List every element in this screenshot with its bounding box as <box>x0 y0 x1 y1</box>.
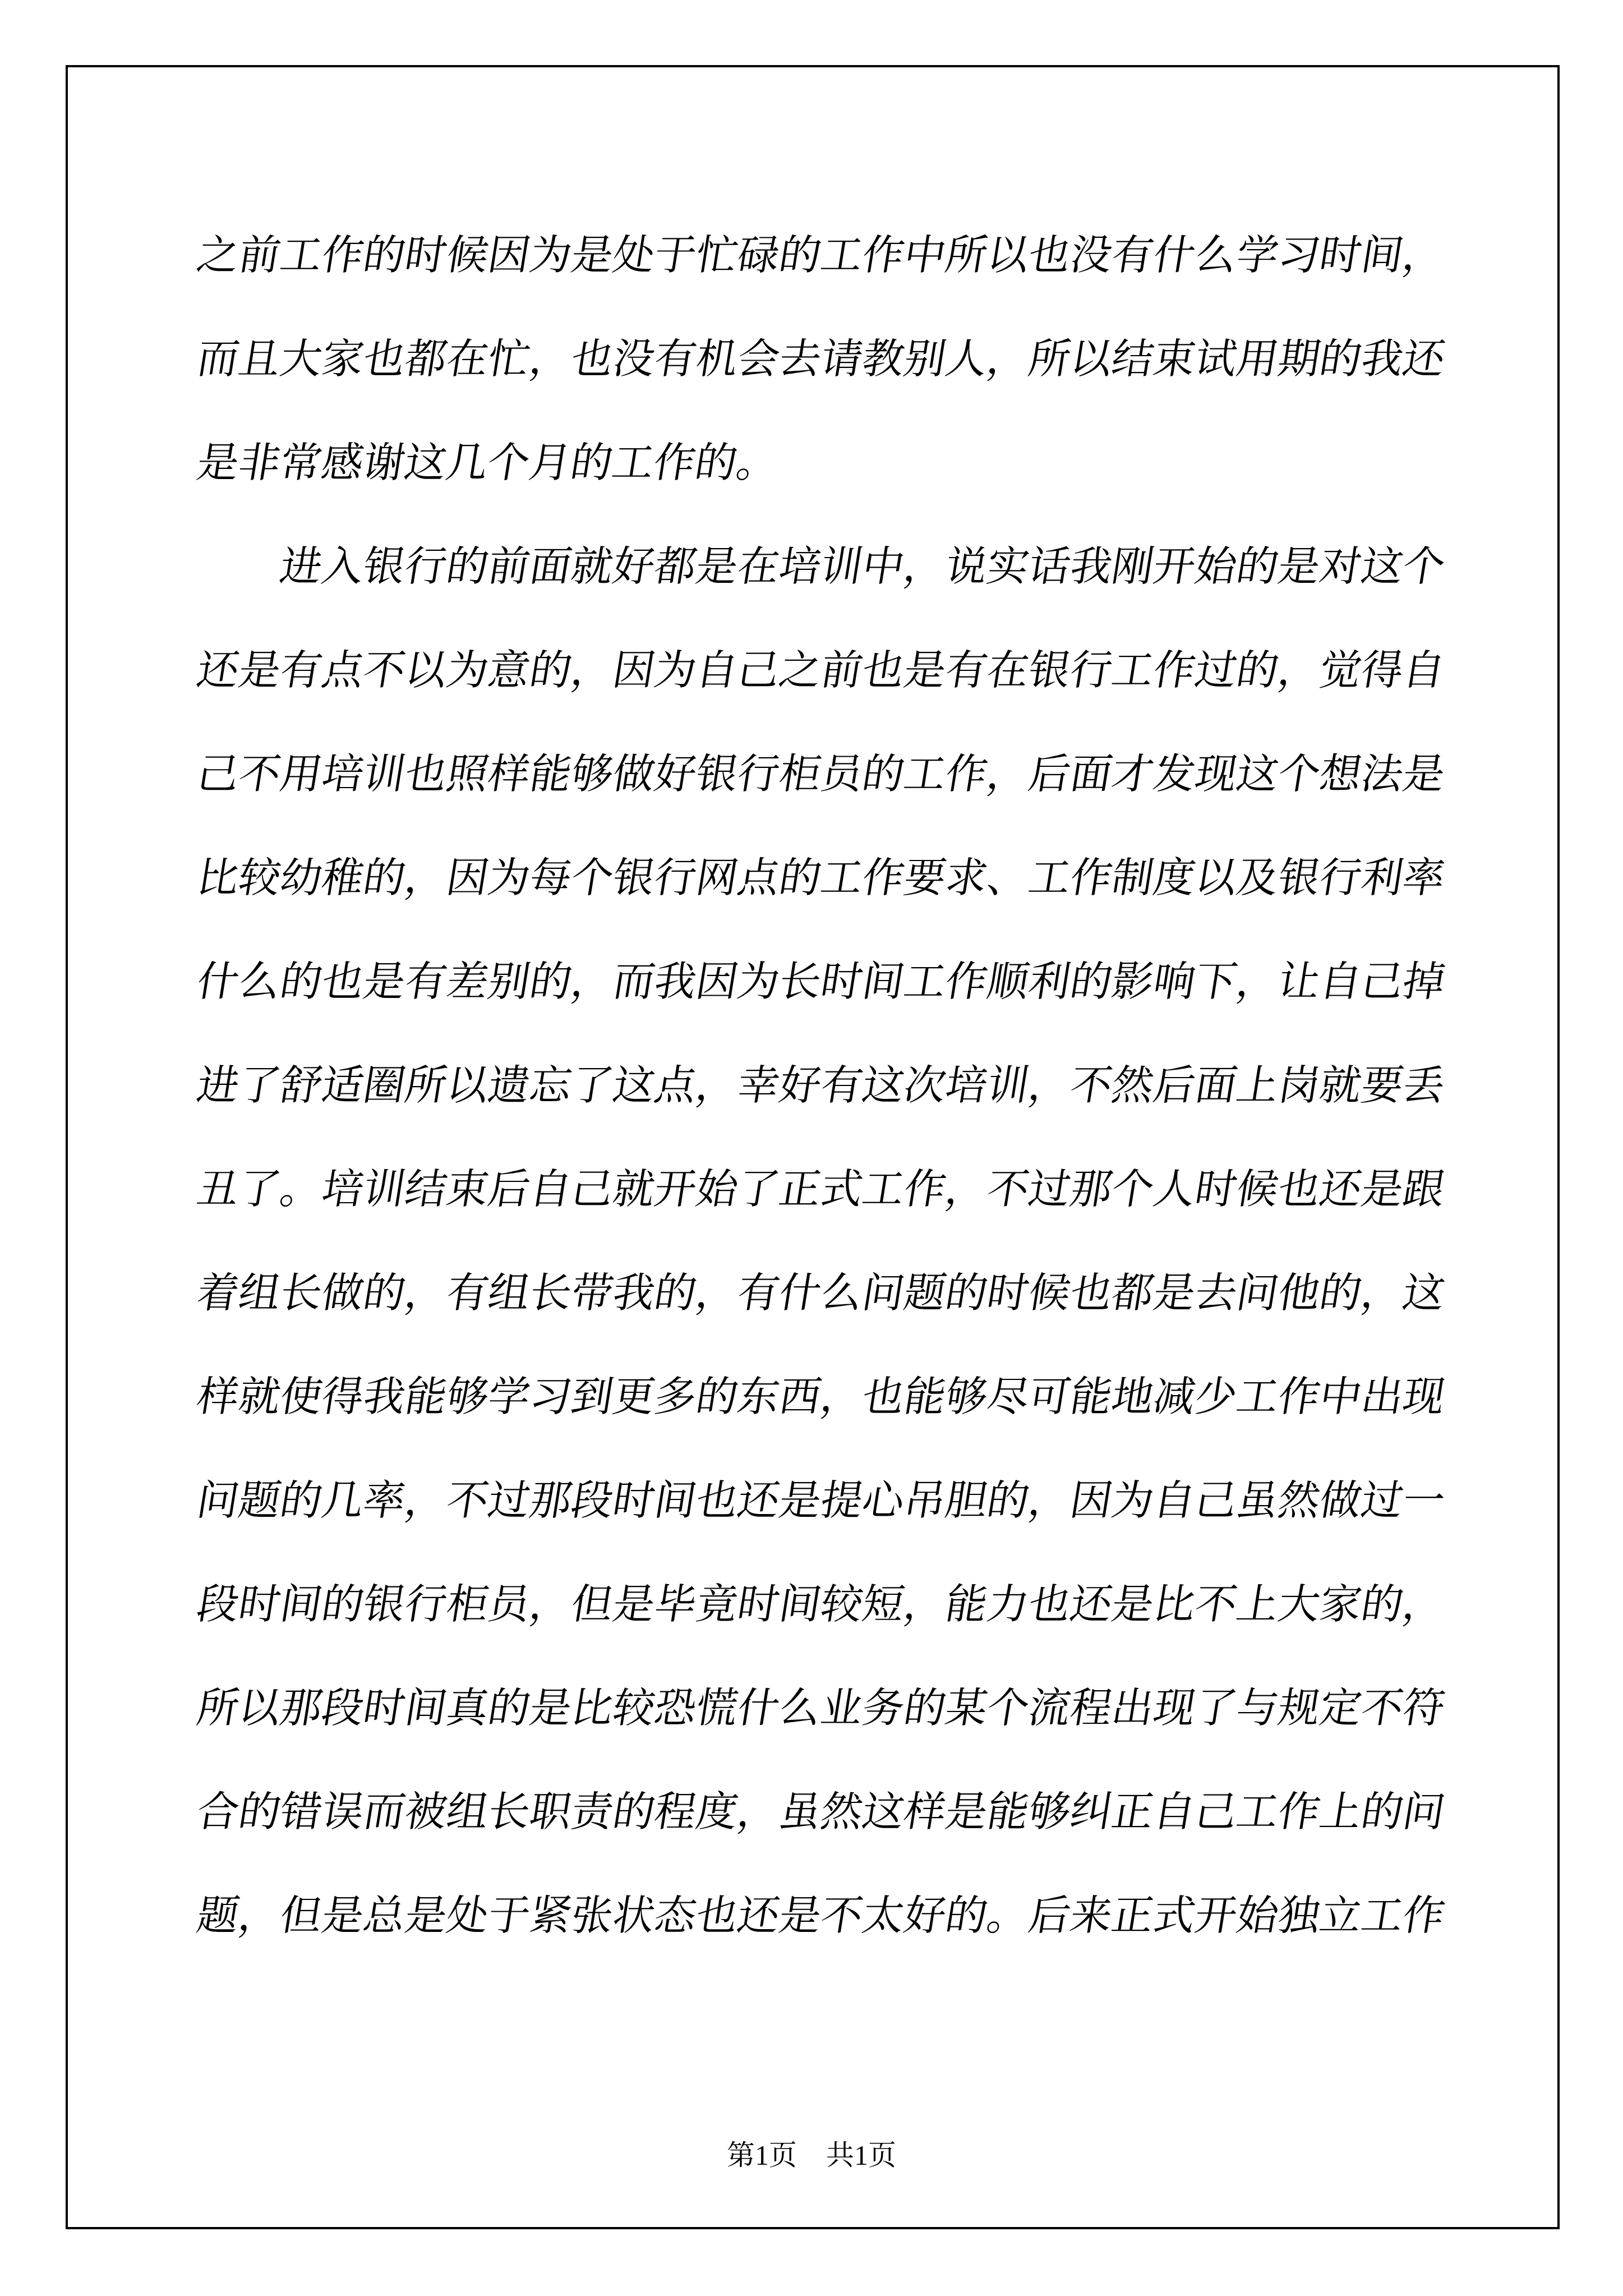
text-line: 着组长做的，有组长带我的，有什么问题的时候也都是去问他的，这 <box>189 1242 1453 1346</box>
text-line: 合的错误而被组长职责的程度，虽然这样是能够纠正自己工作上的问 <box>189 1761 1453 1865</box>
text-line: 进了舒适圈所以遗忘了这点，幸好有这次培训，不然后面上岗就要丢 <box>189 1034 1453 1138</box>
text-line: 之前工作的时候因为是处于忙碌的工作中所以也没有什么学习时间， <box>189 204 1453 308</box>
text-line: 问题的几率，不过那段时间也还是提心吊胆的，因为自己虽然做过一 <box>189 1450 1453 1553</box>
text-line: 段时间的银行柜员，但是毕竟时间较短，能力也还是比不上大家的， <box>189 1553 1453 1657</box>
text-line: 是非常感谢这几个月的工作的。 <box>189 412 1453 516</box>
text-line: 而且大家也都在忙，也没有机会去请教别人，所以结束试用期的我还 <box>189 308 1453 412</box>
text-line: 所以那段时间真的是比较恐慌什么业务的某个流程出现了与规定不符 <box>189 1657 1453 1761</box>
text-line: 题，但是总是处于紧张状态也还是不太好的。后来正式开始独立工作 <box>189 1865 1453 1968</box>
total-pages: 共1页 <box>826 2139 896 2171</box>
body-text: 之前工作的时候因为是处于忙碌的工作中所以也没有什么学习时间，而且大家也都在忙，也… <box>192 204 1440 1968</box>
text-line: 丑了。培训结束后自己就开始了正式工作，不过那个人时候也还是跟 <box>189 1138 1453 1242</box>
text-line: 还是有点不以为意的，因为自己之前也是有在银行工作过的，觉得自 <box>189 619 1453 723</box>
text-line: 什么的也是有差别的，而我因为长时间工作顺利的影响下，让自己掉 <box>189 931 1453 1034</box>
document-page: { "colors": { "background": "#ffffff", "… <box>0 0 1623 2296</box>
text-line: 进入银行的前面就好都是在培训中，说实话我刚开始的是对这个 <box>189 516 1453 619</box>
text-line: 比较幼稚的，因为每个银行网点的工作要求、工作制度以及银行利率 <box>189 827 1453 931</box>
text-line: 己不用培训也照样能够做好银行柜员的工作，后面才发现这个想法是 <box>189 723 1453 827</box>
text-line: 样就使得我能够学习到更多的东西，也能够尽可能地减少工作中出现 <box>189 1346 1453 1450</box>
page-footer: 第1页共1页 <box>0 2133 1623 2178</box>
page-number: 第1页 <box>727 2139 797 2171</box>
